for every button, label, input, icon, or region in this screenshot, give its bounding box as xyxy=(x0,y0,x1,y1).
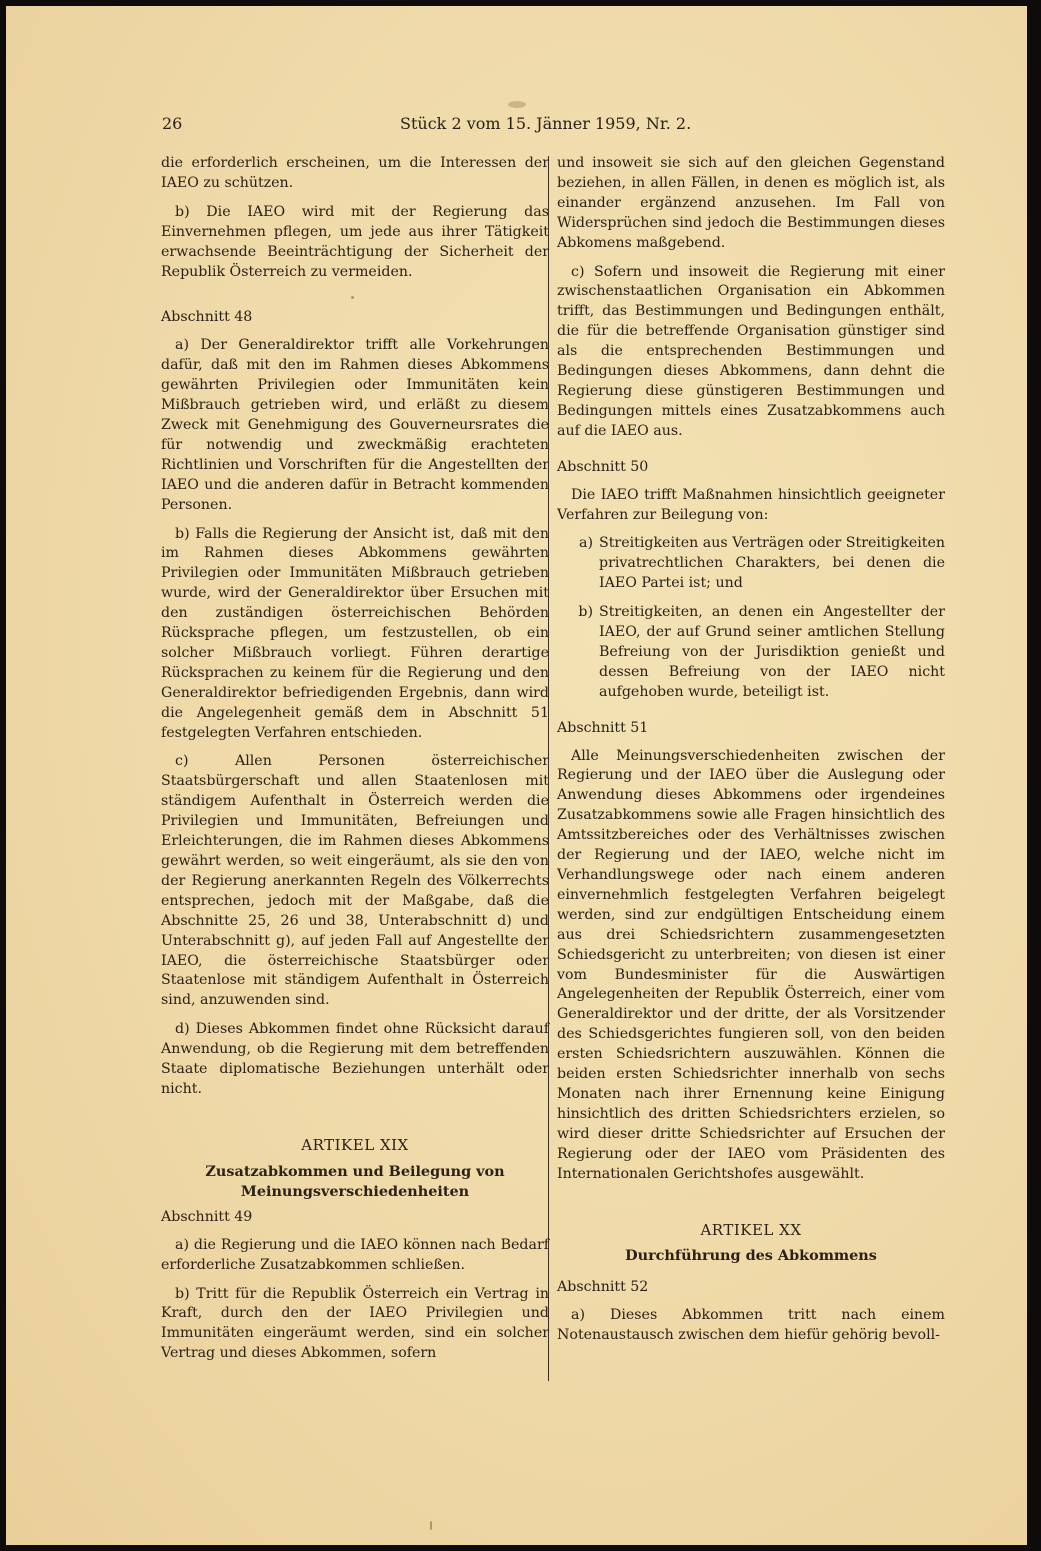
section-heading-52: Abschnitt 52 xyxy=(557,1278,945,1298)
paragraph: d) Dieses Abkommen findet ohne Rücksicht… xyxy=(161,1020,549,1100)
paragraph: und insoweit sie sich auf den gleichen G… xyxy=(557,154,945,254)
article-title-xx: ARTIKEL XX xyxy=(557,1221,945,1241)
list-text: Streitigkeiten, an denen ein Angestellte… xyxy=(599,603,945,703)
paragraph: a) die Regierung und die IAEO können nac… xyxy=(161,1236,549,1276)
paragraph: b) Tritt für die Republik Österreich ein… xyxy=(161,1285,549,1365)
paragraph: b) Die IAEO wird mit der Regierung das E… xyxy=(161,203,549,283)
section-heading-51: Abschnitt 51 xyxy=(557,719,945,739)
list-text: Streitigkeiten aus Verträgen oder Streit… xyxy=(599,534,945,594)
left-column: die erforderlich erscheinen, um die Inte… xyxy=(161,154,549,1373)
running-title: Stück 2 vom 15. Jänner 1959, Nr. 2. xyxy=(400,114,691,133)
document-page: 26 Stück 2 vom 15. Jänner 1959, Nr. 2. d… xyxy=(6,6,1027,1545)
paragraph: Alle Meinungsverschiedenheiten zwischen … xyxy=(557,747,945,1185)
page-header: 26 Stück 2 vom 15. Jänner 1959, Nr. 2. xyxy=(162,114,942,140)
paragraph: Die IAEO trifft Maßnahmen hinsichtlich g… xyxy=(557,486,945,526)
paragraph: a) Der Generaldirektor trifft alle Vorke… xyxy=(161,336,549,515)
article-title-xix: ARTIKEL XIX xyxy=(161,1136,549,1156)
right-column: und insoweit sie sich auf den gleichen G… xyxy=(557,154,945,1355)
paragraph: b) Falls die Regierung der Ansicht ist, … xyxy=(161,525,549,744)
paragraph: a) Dieses Abkommen tritt nach einem Note… xyxy=(557,1306,945,1346)
paragraph: c) Sofern und insoweit die Regierung mit… xyxy=(557,263,945,442)
page-number: 26 xyxy=(162,114,182,133)
paper-speck xyxy=(430,1521,432,1530)
list-marker: a) xyxy=(557,534,599,594)
section-heading-49: Abschnitt 49 xyxy=(161,1208,549,1228)
paper-stain xyxy=(508,101,526,108)
article-subtitle-xix: Zusatzabkommen und Beilegung von Meinung… xyxy=(161,1162,549,1202)
article-subtitle-xx: Durchführung des Abkommens xyxy=(557,1246,945,1266)
section-heading-50: Abschnitt 50 xyxy=(557,458,945,478)
list-marker: b) xyxy=(557,603,599,703)
paragraph: c) Allen Personen österreichischer Staat… xyxy=(161,752,549,1011)
paragraph: die erforderlich erscheinen, um die Inte… xyxy=(161,154,549,194)
list-item: a) Streitigkeiten aus Verträgen oder Str… xyxy=(557,534,945,594)
section-heading-48: Abschnitt 48 xyxy=(161,308,549,328)
list-item: b) Streitigkeiten, an denen ein Angestel… xyxy=(557,603,945,703)
